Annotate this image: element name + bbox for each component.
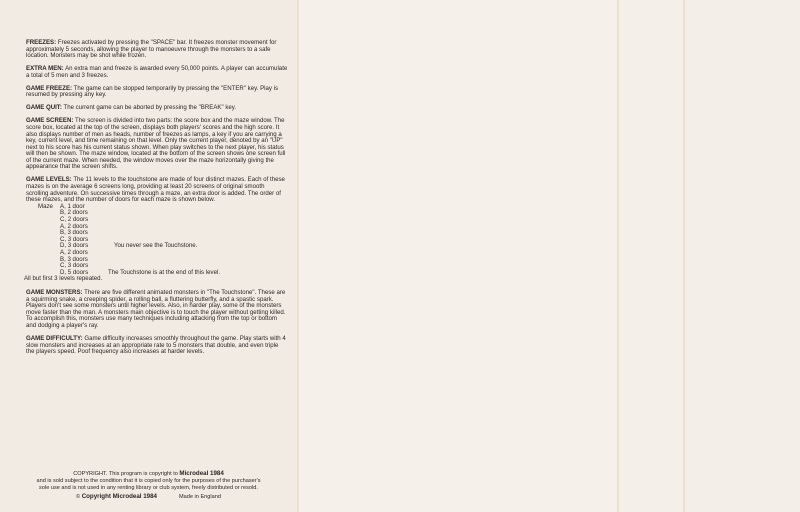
copyright-line-1: COPYRIGHT. This program is copyright to … (0, 470, 297, 478)
section-body: An extra man and freeze is awarded every… (26, 65, 287, 79)
section-freezes: FREEZES: Freezes activated by pressing t… (26, 40, 288, 60)
maze-note: The Touchstone is at the end of this lev… (108, 270, 220, 277)
copyright-text: COPYRIGHT. This program is copyright to (73, 471, 178, 477)
copyright-line-2: and is sold subject to the condition tha… (0, 478, 297, 485)
section-game-screen: GAME SCREEN: The screen is divided into … (26, 118, 288, 171)
maze-footnote: All but first 3 levels repeated. (24, 276, 288, 283)
section-body: There are five different animated monste… (26, 289, 285, 329)
brand-name: Microdeal 1984 (179, 470, 223, 477)
made-in-text: Made in England (179, 494, 221, 500)
section-body: Freezes activated by pressing the "SPACE… (26, 39, 276, 59)
maze-note: You never see the Touchstone. (114, 243, 197, 250)
section-game-monsters: GAME MONSTERS: There are five different … (26, 290, 288, 330)
copyright-footer: COPYRIGHT. This program is copyright to … (0, 470, 297, 501)
copyright-icon: © (76, 494, 80, 500)
section-game-difficulty: GAME DIFFICULTY: Game difficulty increas… (26, 336, 288, 356)
section-extra-men: EXTRA MEN: An extra man and freeze is aw… (26, 66, 288, 79)
instructions-text: FREEZES: Freezes activated by pressing t… (26, 40, 288, 362)
maze-footnote-text: All but first 3 levels repeated. (24, 275, 102, 282)
copyright-bold: Copyright Microdeal 1984 (82, 493, 157, 500)
fold-line (617, 0, 619, 512)
maze-table: MazeA, 1 door B, 2 doors C, 2 doors A, 2… (26, 204, 288, 283)
blank-panel-3 (618, 0, 683, 512)
blank-panel-2 (298, 0, 617, 512)
copyright-line-3: sole use and is not used in any renting … (0, 485, 297, 492)
fold-line (683, 0, 685, 512)
blank-panel-4 (684, 0, 800, 512)
section-body: The screen is divided into two parts: th… (26, 117, 285, 170)
fold-line (297, 0, 299, 512)
section-heading: GAME QUIT: (26, 104, 62, 111)
copyright-line-4: © Copyright Microdeal 1984Made in Englan… (0, 493, 297, 501)
section-body: The current game can be aborted by press… (63, 104, 236, 111)
section-game-levels: GAME LEVELS: The 11 levels to the touchs… (26, 177, 288, 203)
section-game-quit: GAME QUIT: The current game can be abort… (26, 105, 288, 112)
section-game-freeze: GAME FREEZE: The game can be stopped tem… (26, 86, 288, 99)
maze-label: Maze (38, 204, 53, 211)
